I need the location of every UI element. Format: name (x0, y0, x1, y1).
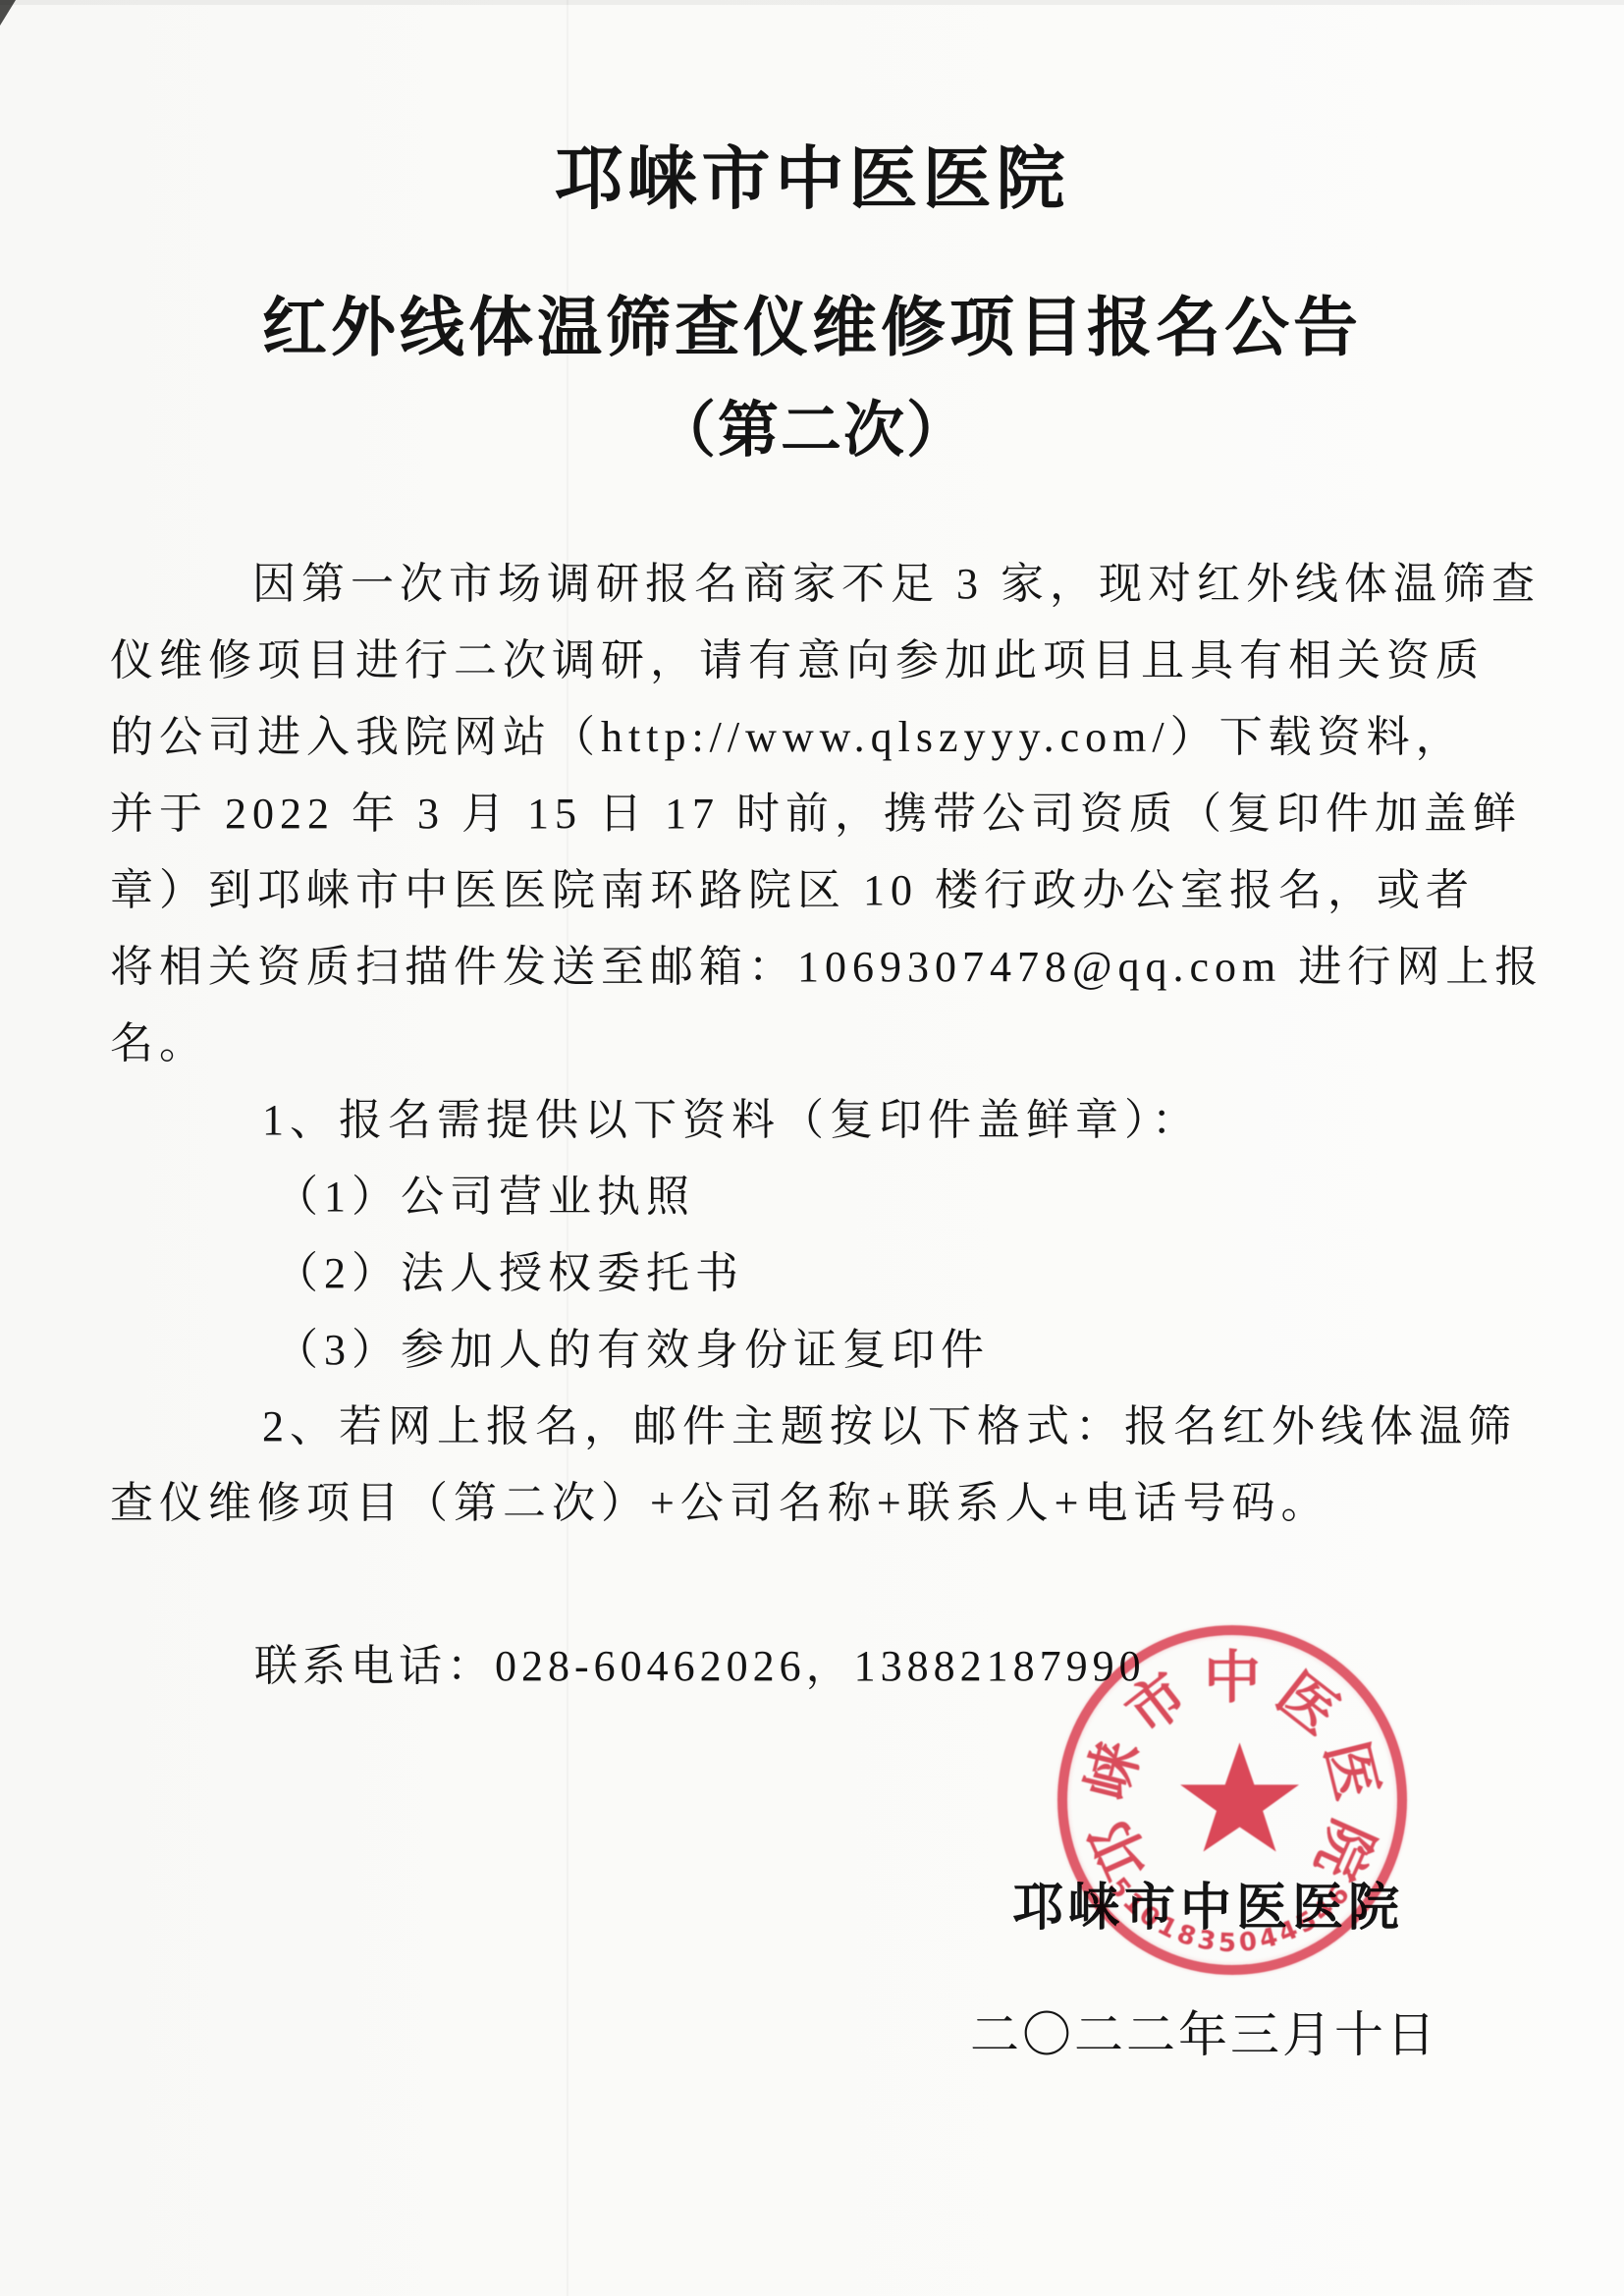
body-line-item-1-3: （3）参加人的有效身份证复印件 (110, 1312, 1526, 1389)
body-line-item-1-1: （1）公司营业执照 (110, 1159, 1526, 1235)
scanned-document-page: 邛崃市中医医院 红外线体温筛查仪维修项目报名公告 （第二次） 因第一次市场调研报… (0, 0, 1624, 2296)
official-seal-stamp: 邛崃市中医医院 5101835044546 (1057, 1625, 1407, 1975)
body-line: 章）到邛崃市中医医院南环路院区 10 楼行政办公室报名，或者 (110, 852, 1526, 929)
issue-date: 二〇二二年三月十日 (970, 1995, 1438, 2066)
document-title-line-1: 邛崃市中医医院 (0, 124, 1624, 223)
body-line-item-1-2: （2）法人授权委托书 (110, 1235, 1526, 1312)
body-line: 名。 (110, 1006, 1526, 1082)
document-title-line-3: （第二次） (0, 381, 1624, 468)
body-line: 仪维修项目进行二次调研，请有意向参加此项目且具有相关资质 (110, 623, 1526, 699)
document-title-line-2: 红外线体温筛查仪维修项目报名公告 (0, 275, 1624, 368)
document-body: 因第一次市场调研报名商家不足 3 家，现对红外线体温筛查 仪维修项目进行二次调研… (110, 546, 1526, 1542)
body-line: 将相关资质扫描件发送至邮箱：1069307478@qq.com 进行网上报 (110, 929, 1526, 1006)
body-line: 并于 2022 年 3 月 15 日 17 时前，携带公司资质（复印件加盖鲜 (110, 776, 1526, 852)
body-line: 因第一次市场调研报名商家不足 3 家，现对红外线体温筛查 (110, 546, 1526, 623)
body-line: 的公司进入我院网站（http://www.qlszyyy.com/）下载资料， (110, 699, 1526, 776)
scan-edge-shade (0, 0, 1624, 5)
body-line: 查仪维修项目（第二次）+公司名称+联系人+电话号码。 (110, 1465, 1526, 1542)
body-line-item-2: 2、若网上报名，邮件主题按以下格式：报名红外线体温筛 (110, 1389, 1526, 1465)
body-line-item-1: 1、报名需提供以下资料（复印件盖鲜章）： (110, 1082, 1526, 1159)
